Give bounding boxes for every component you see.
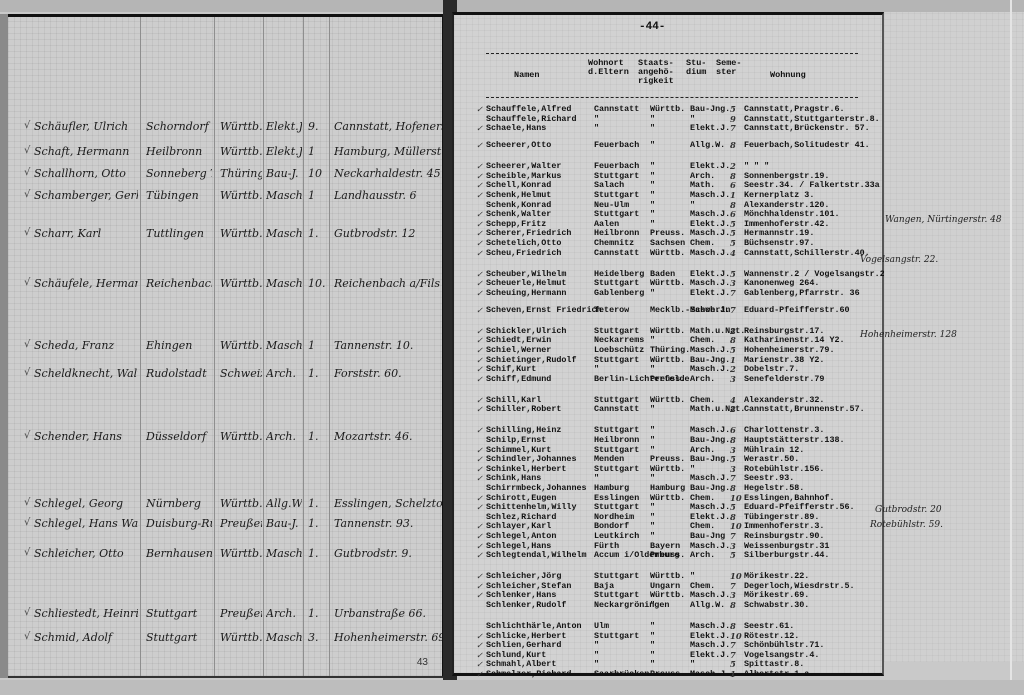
entry-name: Schiff,Edmund — [486, 375, 551, 384]
entry-semester: 8 — [730, 436, 736, 445]
entry-name: Schlegtendal,Wilhelm — [486, 551, 587, 560]
entry-study: Masch.J. — [690, 670, 730, 679]
entry-home: Bernhausen — [146, 547, 212, 560]
entry-home: Stuttgart — [594, 210, 639, 219]
entry-address: Urbanstraße 66. — [334, 607, 442, 620]
entry-semester: 3 — [730, 279, 736, 288]
entry-study: Bau-Jng. — [690, 455, 730, 464]
entry-semester: 1. — [308, 547, 326, 560]
entry-name: Schäufele, Hermann — [34, 277, 138, 290]
entry-state: " — [650, 141, 655, 150]
entry-study: Elekt.J. — [690, 162, 730, 171]
check-mark-icon: ✓ — [476, 532, 483, 541]
entry-home: Stuttgart — [594, 572, 639, 581]
entry-name: Schaft, Hermann — [34, 145, 138, 158]
entry-study: Bau-Jng. — [690, 105, 730, 114]
entry-semester: 5 — [730, 239, 736, 248]
entry-semester: 2 — [730, 365, 736, 374]
entry-semester: 5 — [730, 105, 736, 114]
header-rule-bottom — [486, 97, 858, 98]
entry-semester: 1. — [308, 607, 326, 620]
entry-state: Preuss. — [650, 375, 685, 384]
struck-entry-row: Schilp,ErnstHeilbronn"Bau-Jng.8Hauptstät… — [454, 436, 884, 445]
entry-state: Thüring. — [650, 346, 690, 355]
entry-state: Württb. — [220, 120, 262, 133]
entry-home: Rudolstadt — [146, 367, 212, 380]
entry-address: Hohenheimerstr. 69. — [334, 631, 442, 644]
entry-state: Württb. — [220, 430, 262, 443]
entry-study: Elekt.J. — [690, 124, 730, 133]
entry-address: Cannstatt, Hofenerstraße 47 — [334, 120, 442, 133]
entry-state: " — [650, 289, 655, 298]
entry-state: " — [650, 641, 655, 650]
check-mark-icon: ✓ — [476, 455, 483, 464]
entry-home: Düsseldorf — [146, 430, 212, 443]
entry-study: Allg.W. — [690, 601, 725, 610]
struck-entry-row: Schlichthärle,AntonUlm"Masch.J.8Seestr.6… — [454, 622, 884, 631]
entry-study: " — [690, 572, 695, 581]
entry-row: ✓Schindler,JohannesMendenPreuss.Bau-Jng.… — [454, 455, 884, 464]
check-mark-icon: ✓ — [476, 375, 483, 384]
entry-home: Stuttgart — [594, 465, 639, 474]
handwritten-entry-row: √Scheda, FranzEhingenWürttb.Masch.J.1Tan… — [8, 339, 445, 359]
entry-semester: 7 — [730, 124, 736, 133]
entry-home: Sonneberg Thür. — [146, 167, 212, 180]
entry-state: Preuss. — [650, 670, 685, 679]
entry-home: Neckargröningen — [594, 601, 669, 610]
entry-address: Tannenstr. 10. — [334, 339, 442, 352]
entry-address: Cannstatt,Brunnenstr.57. — [744, 405, 865, 414]
entry-home: " — [594, 641, 599, 650]
entry-semester: 3 — [730, 375, 736, 384]
entry-state: Württb. — [650, 465, 685, 474]
entry-state: Württb. — [220, 339, 262, 352]
entry-study: Masch.J. — [266, 631, 302, 644]
entry-home: Cannstatt — [594, 105, 639, 114]
entry-study: Masch.J. — [690, 622, 730, 631]
check-mark-icon: ✓ — [476, 365, 483, 374]
entry-state: Württb. — [650, 279, 685, 288]
entry-home: Heilbronn — [594, 436, 639, 445]
entry-study: Allg.W. — [690, 141, 725, 150]
entry-name: Schleicher,Jörg — [486, 572, 561, 581]
entry-semester: 1. — [308, 367, 326, 380]
entry-address: Mozartstr. 46. — [334, 430, 442, 443]
entry-name: Schindler,Johannes — [486, 455, 576, 464]
entry-name: Schittenhelm,Willy — [486, 503, 576, 512]
entry-row: ✓Schiller,RobertCannstatt"Math.u.Nat.2Ca… — [454, 405, 884, 414]
entry-study: Arch. — [266, 607, 302, 620]
entry-state: " — [650, 191, 655, 200]
entry-address: Reinsburgstr.90. — [744, 532, 824, 541]
entry-study: Elekt.J. — [690, 289, 730, 298]
entry-state: " — [650, 503, 655, 512]
entry-semester: 1 — [730, 670, 736, 679]
entry-row: ✓Schleicher,JörgStuttgartWürttb."10Mörik… — [454, 572, 884, 581]
entry-name: Schirrmbeck,Johannes — [486, 484, 587, 493]
margin-handwritten-note: Gutbrodstr. 20 — [875, 505, 942, 515]
margin-handwritten-note: Wangen, Nürtingerstr. 48 — [885, 215, 1002, 225]
entry-home: Ulm — [594, 622, 609, 631]
entry-home: Leutkirch — [594, 532, 639, 541]
entry-semester: 1 — [308, 189, 326, 202]
entry-state: Sachsen — [650, 239, 685, 248]
entry-state: Preuss. — [650, 551, 685, 560]
entry-home: Saarbrücken — [594, 670, 649, 679]
entry-name: Scheven,Ernst Friedrich — [486, 306, 602, 315]
entry-address: Landhausstr. 6 — [334, 189, 442, 202]
check-mark-icon: ✓ — [476, 551, 483, 560]
entry-home: Stuttgart — [594, 632, 639, 641]
entry-name: Scheldknecht, Walter — [34, 367, 138, 380]
check-mark-icon: ✓ — [476, 670, 483, 679]
entry-name: Schif,Kurt — [486, 365, 536, 374]
entry-name: Schlichthärle,Anton — [486, 622, 582, 631]
page-fold — [1010, 0, 1012, 695]
entry-semester: 2 — [730, 162, 736, 171]
check-mark-icon: ✓ — [476, 306, 483, 315]
handwritten-entry-row: √Schmid, AdolfStuttgartWürttb.Masch.J.3.… — [8, 631, 445, 651]
check-mark-icon: ✓ — [476, 572, 483, 581]
entry-state: Württb. — [220, 547, 262, 560]
entry-study: Bau-J. — [266, 167, 302, 180]
entry-address: Esslingen, Schelztorstr. 49 — [334, 497, 442, 510]
header-home: Wohnort d.Eltern — [588, 59, 632, 77]
entry-address: Gutbrodstr. 9. — [334, 547, 442, 560]
entry-state: " — [650, 436, 655, 445]
entry-name: Schleicher, Otto — [34, 547, 138, 560]
entry-study: Masch.J. — [690, 249, 730, 258]
entry-row: ✓Scheven,Ernst FriedrichTeterowMecklb.-S… — [454, 306, 884, 315]
entry-study: Math.u.Nat. — [690, 405, 745, 414]
entry-home: Stuttgart — [594, 356, 639, 365]
entry-address: Dobelstr.7. — [744, 365, 799, 374]
entry-study: Bau-Jng — [690, 532, 725, 541]
check-mark-icon: ✓ — [476, 210, 483, 219]
entry-address: Eduard-Pfeifferstr.56. — [744, 503, 855, 512]
entry-address: Gablenberg,Pfarrstr. 36 — [744, 289, 860, 298]
check-mark-icon: ✓ — [476, 239, 483, 248]
entry-name: Schmelzer,Richard — [486, 670, 571, 679]
entry-row: ✓Scheuerle,HelmutStuttgartWürttb.Masch.J… — [454, 279, 884, 288]
entry-address: Forststr. 60. — [334, 367, 442, 380]
entry-address: Mörikestr.22. — [744, 572, 809, 581]
entry-home: Stuttgart — [146, 631, 212, 644]
entry-home: Chemnitz — [594, 239, 634, 248]
entry-home: Hamburg — [594, 484, 629, 493]
header-rule-top — [486, 53, 858, 54]
entry-study: Chem. — [690, 239, 715, 248]
entry-address: Mönchhaldenstr.101. — [744, 210, 840, 219]
entry-home: Reichenbach a/F. — [146, 277, 212, 290]
entry-row: ✓Schenk,WalterStuttgart"Masch.J.6Mönchha… — [454, 210, 884, 219]
entry-state: Württb. — [220, 497, 262, 510]
entry-name: Schlegel, Hans Walter — [34, 517, 138, 530]
entry-state: Württb. — [220, 631, 262, 644]
entry-state: Württb. — [650, 105, 685, 114]
entry-semester: 1. — [308, 497, 326, 510]
entry-name: Scheerer,Otto — [486, 141, 551, 150]
entry-name: Scheuing,Hermann — [486, 289, 566, 298]
entry-home: Menden — [594, 455, 624, 464]
entry-address: Cannstatt,Brückenstr. 57. — [744, 124, 870, 133]
entry-study: Bau-Jng. — [690, 436, 730, 445]
entry-home: Tübingen — [146, 189, 212, 202]
entry-semester: 10. — [308, 277, 326, 290]
entry-study: Arch. — [690, 551, 715, 560]
entry-name: Schender, Hans — [34, 430, 138, 443]
entry-row: ✓Schiel,WernerLoebschützThüring.Masch.J.… — [454, 346, 884, 355]
entry-state: Württb. — [650, 572, 685, 581]
entry-state: Württb. — [650, 396, 685, 405]
entry-name: Schlegel, Georg — [34, 497, 138, 510]
entry-semester: 10 — [730, 572, 742, 581]
handwritten-entry-row: √Schlegel, GeorgNürnbergWürttb.Allg.W.1.… — [8, 497, 445, 517]
check-mark-icon: ✓ — [476, 249, 483, 258]
entry-name: Schlenker,Rudolf — [486, 601, 566, 610]
check-mark-icon: ✓ — [476, 426, 483, 435]
entry-name: Schaele,Hans — [486, 124, 546, 133]
entry-study: Masch.J. — [266, 277, 302, 290]
entry-semester: 7 — [730, 306, 736, 315]
entry-row: ✓Schauffele,AlfredCannstattWürttb.Bau-Jn… — [454, 105, 884, 114]
entry-semester: 1. — [308, 430, 326, 443]
entry-address: Seestr.61. — [744, 622, 794, 631]
handwritten-entry-row: √Schlegel, Hans WalterDuisburg-RuhrortPr… — [8, 517, 445, 537]
entry-row: ✓Schenk,HelmutStuttgart"Masch.J.1Kernerp… — [454, 191, 884, 200]
entry-row: ✓Schlegel,AntonLeutkirch"Bau-Jng7Reinsbu… — [454, 532, 884, 541]
entry-semester: 8 — [730, 622, 736, 631]
entry-semester: 8 — [730, 141, 736, 150]
header-name: Namen — [514, 71, 540, 80]
check-mark-icon: ✓ — [476, 503, 483, 512]
entry-row: ✓Scheerer,WalterFeuerbach"Elekt.J.2" " " — [454, 162, 884, 171]
entry-row: ✓Schetelich,OttoChemnitzSachsenChem.5Büc… — [454, 239, 884, 248]
entry-state: Schweiz — [220, 367, 262, 380]
entry-semester: 9. — [308, 120, 326, 133]
entry-home: Feuerbach — [594, 162, 639, 171]
entry-state: Württb. — [650, 494, 685, 503]
handwritten-entry-row: √Schallhorn, OttoSonneberg Thür.Thüringe… — [8, 167, 445, 187]
entry-semester: 1. — [308, 517, 326, 530]
handwritten-entry-row: √Schender, HansDüsseldorfWürttb.Arch.1.M… — [8, 430, 445, 450]
entry-state: " — [650, 365, 655, 374]
entry-home: Nürnberg — [146, 497, 212, 510]
entry-address: Feuerbach,Solitudestr 41. — [744, 141, 870, 150]
handwritten-entry-row: √Scheldknecht, WalterRudolstadtSchweizAr… — [8, 367, 445, 387]
entry-state: Württb. — [650, 249, 685, 258]
entry-home: Heilbronn — [146, 145, 212, 158]
entry-state: " — [650, 622, 655, 631]
entry-semester: 3. — [308, 631, 326, 644]
entry-name: Schiel,Werner — [486, 346, 551, 355]
entry-address: Eduard-Pfeifferstr.60 — [744, 306, 850, 315]
entry-address: Büchsenstr.97. — [744, 239, 814, 248]
entry-home: Tuttlingen — [146, 227, 212, 240]
check-mark-icon: ✓ — [476, 124, 483, 133]
check-mark-icon: ✓ — [476, 405, 483, 414]
entry-study: Elekt.J. — [266, 145, 302, 158]
entry-home: Gablenberg — [594, 289, 644, 298]
entry-semester: 7 — [730, 532, 736, 541]
entry-semester: 7 — [730, 641, 736, 650]
entry-semester: 7 — [730, 289, 736, 298]
left-page-handwritten-register: 43 √Schäufler, UlrichSchorndorfWürttb.El… — [8, 14, 445, 678]
entry-study: Arch. — [690, 375, 715, 384]
entry-semester: 8 — [730, 484, 736, 493]
entry-home: Schorndorf — [146, 120, 212, 133]
check-mark-icon: ✓ — [476, 474, 483, 483]
entry-home: Stuttgart — [594, 191, 639, 200]
entry-semester: 5 — [730, 455, 736, 464]
entry-address: Albertstr.1 a. — [744, 670, 814, 679]
entry-address: Silberburgstr.44. — [744, 551, 829, 560]
entry-row: ✓Schaele,Hans""Elekt.J.7Cannstatt,Brücke… — [454, 124, 884, 133]
entry-state: " — [650, 601, 655, 610]
right-page-number: -44- — [639, 21, 665, 33]
entry-state: " — [650, 532, 655, 541]
entry-home: Feuerbach — [594, 141, 639, 150]
entry-state: " — [650, 124, 655, 133]
entry-name: Schamberger, Gerhard — [34, 189, 138, 202]
check-mark-icon: ✓ — [476, 191, 483, 200]
entry-home: Duisburg-Ruhrort — [146, 517, 212, 530]
entry-address: " " " — [744, 162, 769, 171]
entry-row: ✓Schiff,EdmundBerlin-LichterfeldePreuss.… — [454, 375, 884, 384]
entry-name: Schlien,Gerhard — [486, 641, 561, 650]
left-page-number: 43 — [417, 657, 428, 668]
entry-row: ✓Schif,Kurt""Masch.J.2Dobelstr.7. — [454, 365, 884, 374]
entry-row: ✓Schlien,Gerhard""Masch.J.7Schönbühlstr.… — [454, 641, 884, 650]
entry-name: Scheerer,Walter — [486, 162, 561, 171]
entry-home: Cannstatt — [594, 249, 639, 258]
entry-study: Masch.J. — [690, 346, 730, 355]
entry-address: Hohenheimerstr.79. — [744, 346, 834, 355]
handwritten-entry-row: √Schleicher, OttoBernhausenWürttb.Masch.… — [8, 547, 445, 567]
entry-state: " — [650, 162, 655, 171]
entry-study: Masch.J. — [690, 503, 730, 512]
entry-name: Scheuerle,Helmut — [486, 279, 566, 288]
handwritten-entry-row: √Scharr, KarlTuttlingenWürttb.Masch.J.1.… — [8, 227, 445, 247]
entry-study: Bau-Jng. — [690, 484, 730, 493]
entry-study: Masch.J. — [690, 641, 730, 650]
margin-handwritten-note: Rotebühlstr. 59. — [870, 520, 943, 530]
entry-semester: 5 — [730, 346, 736, 355]
scan-top-strip — [0, 0, 1024, 12]
scan-bottom-strip — [0, 680, 1024, 695]
entry-study: Elekt.J. — [266, 120, 302, 133]
entry-address: Schwabstr.30. — [744, 601, 809, 610]
handwritten-entry-row: √Schäufele, HermannReichenbach a/F.Württ… — [8, 277, 445, 297]
entry-state: Württb. — [220, 277, 262, 290]
entry-semester: 5 — [730, 503, 736, 512]
entry-state: Württb. — [650, 327, 685, 336]
header-state: Staats- angehö- rigkeit — [638, 59, 678, 86]
entry-address: Schönbühlstr.71. — [744, 641, 824, 650]
entry-name: Scheda, Franz — [34, 339, 138, 352]
entry-row: ✓Scheu,FriedrichCannstattWürttb.Masch.J.… — [454, 249, 884, 258]
entry-state: Württb. — [650, 356, 685, 365]
entry-name: Schilp,Ernst — [486, 436, 546, 445]
entry-study: Masch.J. — [266, 227, 302, 240]
check-mark-icon: ✓ — [476, 105, 483, 114]
entry-address: Hamburg, Müllerstr. 7 — [334, 145, 442, 158]
check-mark-icon: ✓ — [476, 162, 483, 171]
check-mark-icon: ✓ — [476, 346, 483, 355]
entry-study: Masch.J. — [266, 189, 302, 202]
handwritten-entry-row: √Schäufler, UlrichSchorndorfWürttb.Elekt… — [8, 120, 445, 140]
entry-state: Württb. — [220, 189, 262, 202]
entry-state: Preuss. — [650, 455, 685, 464]
entry-study: Allg.W. — [266, 497, 302, 510]
entry-study: Masch.J. — [690, 279, 730, 288]
handwritten-entry-row: √Schamberger, GerhardTübingenWürttb.Masc… — [8, 189, 445, 209]
check-mark-icon: ✓ — [476, 289, 483, 298]
entry-home: Loebschütz — [594, 346, 644, 355]
entry-name: Schetelich,Otto — [486, 239, 561, 248]
entry-row: ✓Scheuing,HermannGablenberg"Elekt.J.7Gab… — [454, 289, 884, 298]
entry-study: Masch.J. — [690, 306, 730, 315]
entry-address: Senefelderstr.79 — [744, 375, 824, 384]
entry-address: Werastr.50. — [744, 455, 799, 464]
entry-study: Masch.J. — [690, 210, 730, 219]
entry-name: Schallhorn, Otto — [34, 167, 138, 180]
entry-state: " — [650, 210, 655, 219]
entry-state: Preußen — [220, 607, 262, 620]
entry-name: Scharr, Karl — [34, 227, 138, 240]
margin-handwritten-note: Vogelsangstr. 22. — [860, 255, 938, 265]
entry-semester: 6 — [730, 210, 736, 219]
entry-name: Schmid, Adolf — [34, 631, 138, 644]
header-address: Wohnung — [770, 71, 806, 80]
entry-study: Bau-J. — [266, 517, 302, 530]
entry-row: ✓Schittenhelm,WillyStuttgart"Masch.J.5Ed… — [454, 503, 884, 512]
entry-semester: 1 — [308, 339, 326, 352]
entry-address: Hegelstr.58. — [744, 484, 804, 493]
entry-row: ✓Schlegtendal,WilhelmAccum i/OldenburgPr… — [454, 551, 884, 560]
entry-home: Cannstatt — [594, 405, 639, 414]
entry-home: Stuttgart — [594, 503, 639, 512]
check-mark-icon: ✓ — [476, 279, 483, 288]
entry-home: Ehingen — [146, 339, 212, 352]
struck-entry-row: Schirrmbeck,JohannesHamburgHamburgBau-Jn… — [454, 484, 884, 493]
entry-home: Teterow — [594, 306, 629, 315]
entry-name: Schenk,Helmut — [486, 191, 551, 200]
entry-home: Stuttgart — [594, 279, 639, 288]
entry-study: Masch.J. — [690, 365, 730, 374]
entry-name: Scheu,Friedrich — [486, 249, 561, 258]
entry-home: Stuttgart — [146, 607, 212, 620]
entry-state: Thüringen — [220, 167, 262, 180]
entry-semester: 5 — [730, 551, 736, 560]
entry-address: Hauptstätterstr.138. — [744, 436, 845, 445]
check-mark-icon: ✓ — [476, 591, 483, 600]
entry-semester: 2 — [730, 405, 736, 414]
entry-row: ✓Schmelzer,RichardSaarbrückenPreuss.Masc… — [454, 670, 884, 679]
entry-study: Elekt.J. — [690, 651, 730, 660]
entry-semester: 1 — [730, 191, 736, 200]
entry-state: Hamburg — [650, 484, 685, 493]
entry-address: Gutbrodstr. 12 — [334, 227, 442, 240]
entry-home: " — [594, 365, 599, 374]
entry-study: Arch. — [266, 430, 302, 443]
entry-study: Arch. — [266, 367, 302, 380]
check-mark-icon: ✓ — [476, 641, 483, 650]
entry-study: Masch.J. — [690, 191, 730, 200]
entry-name: Schauffele,Alfred — [486, 105, 571, 114]
entry-address: Neckarhaldestr. 45 — [334, 167, 442, 180]
entry-address: Tannenstr. 93. — [334, 517, 442, 530]
